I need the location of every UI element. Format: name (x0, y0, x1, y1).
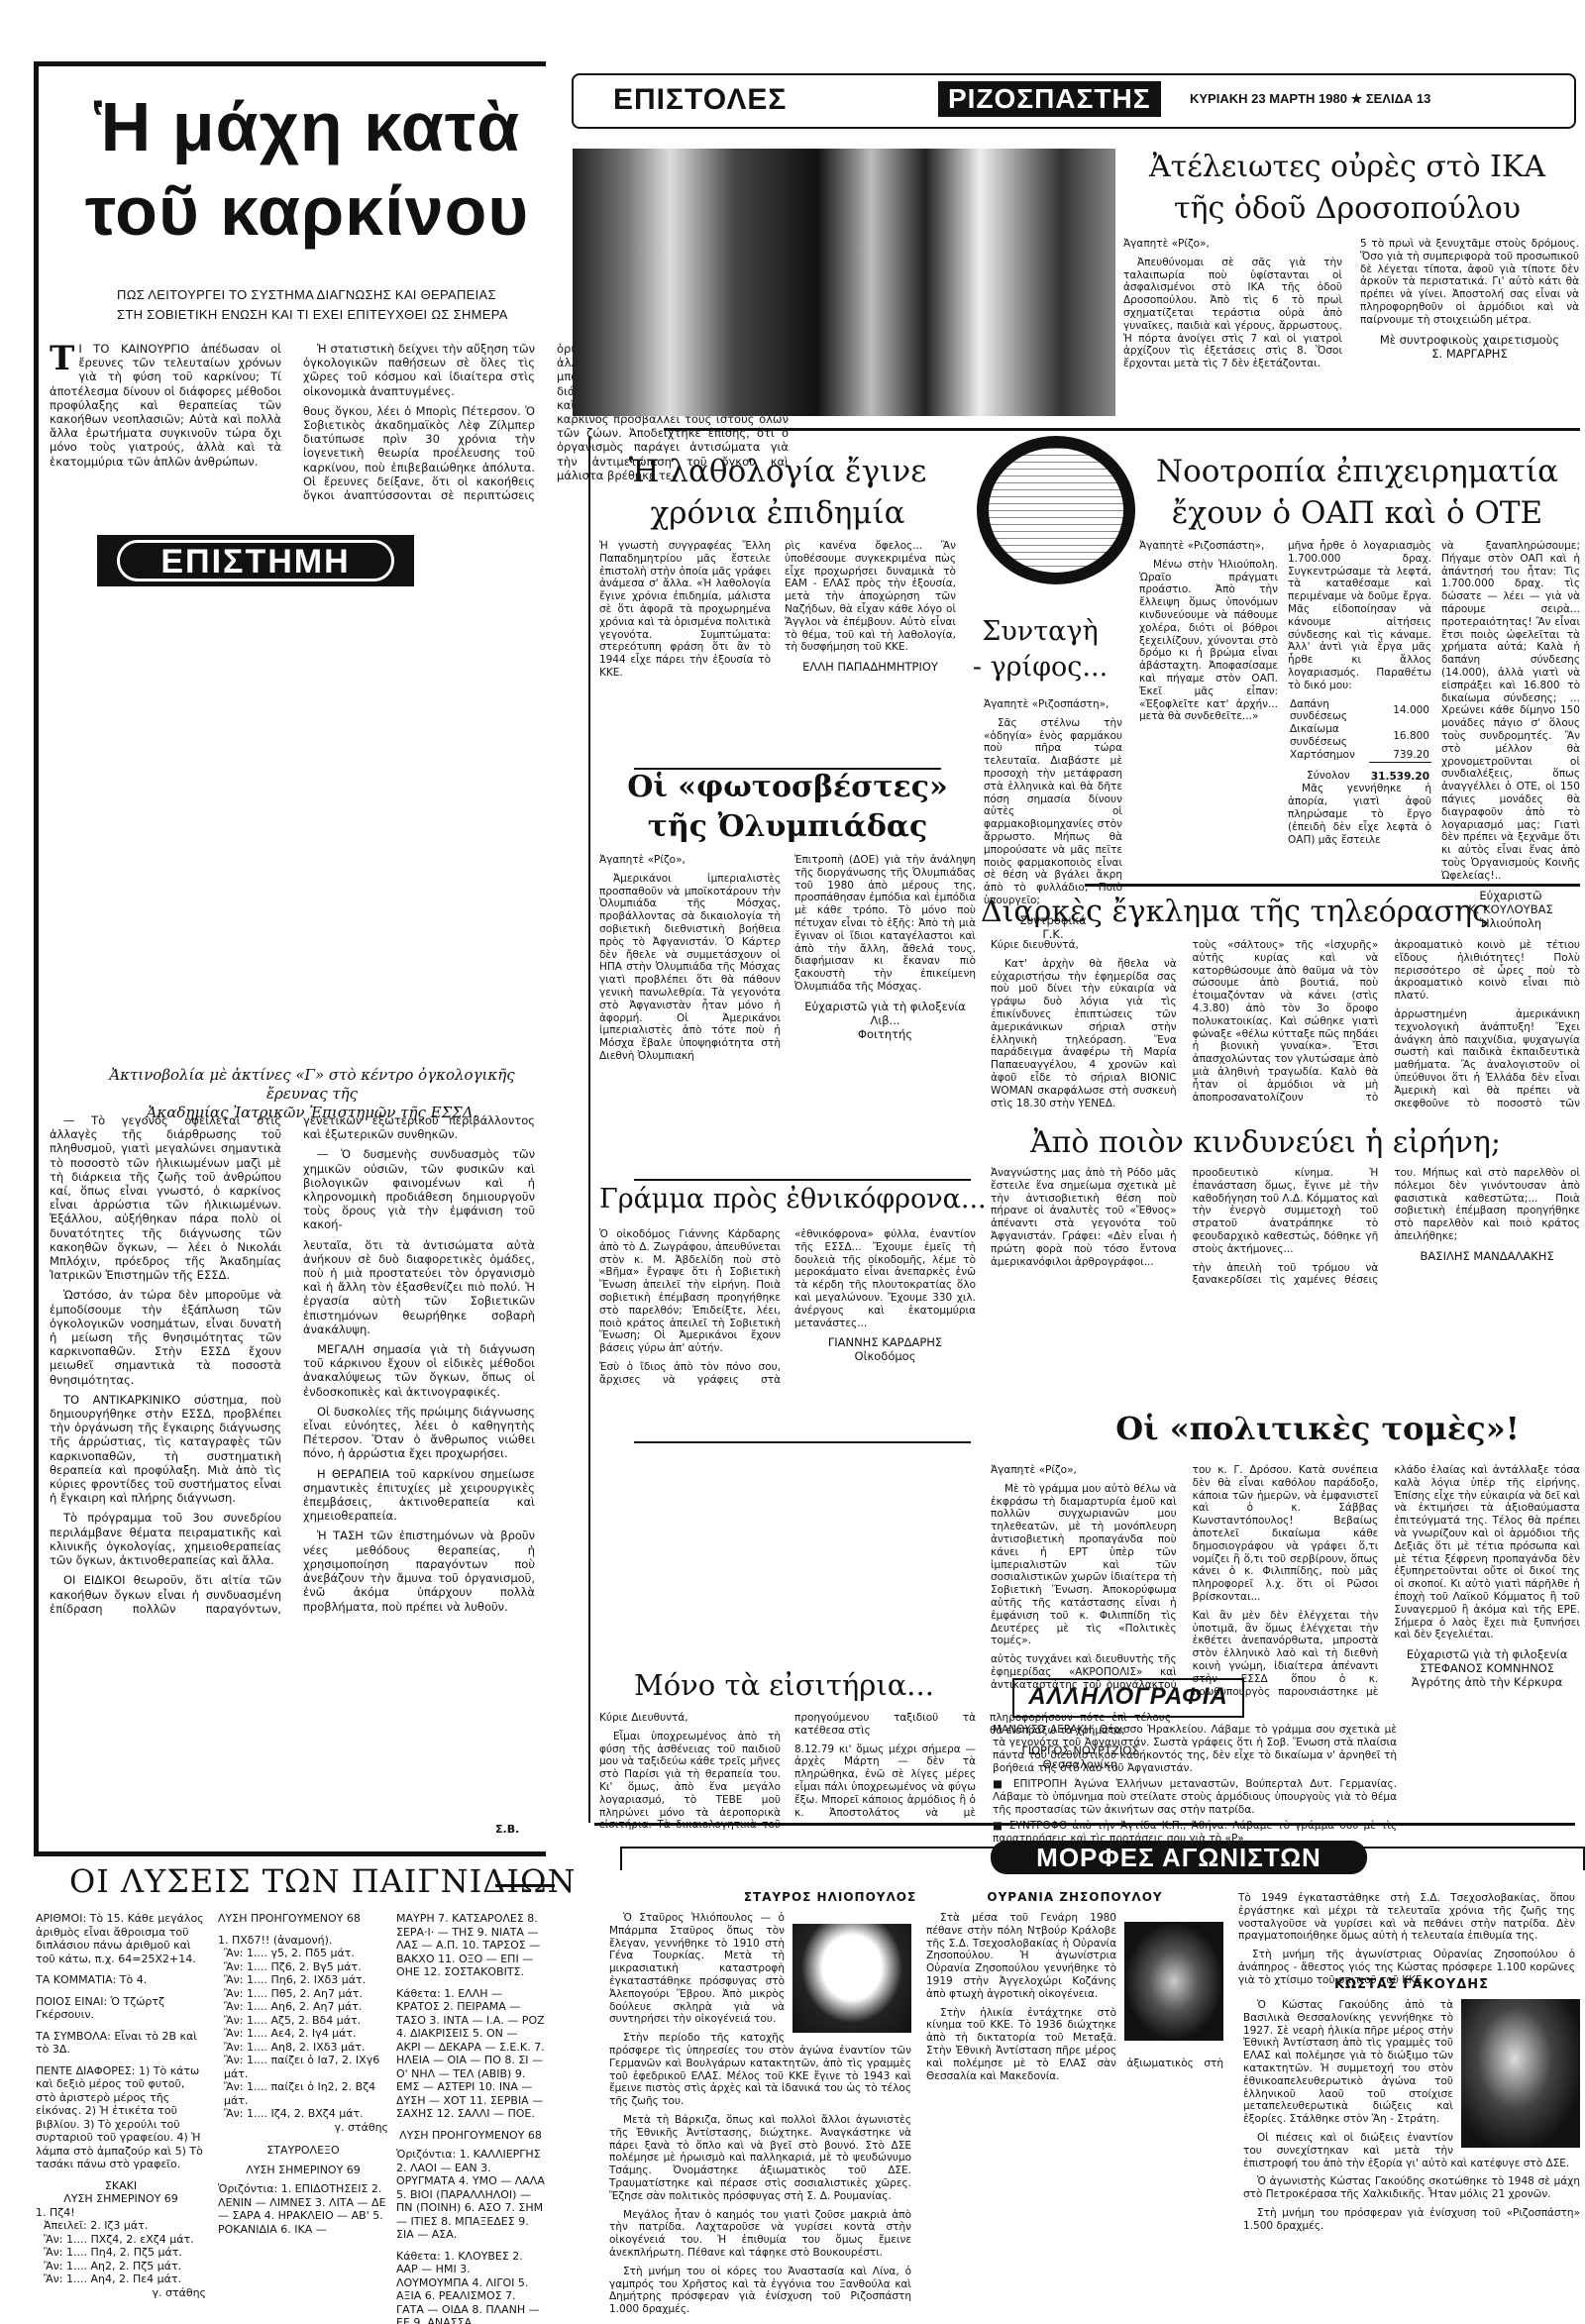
olympics-body: Ἀγαπητὲ «Ρίζο», Ἀμερικάνοι ἰμπεριαλιστὲς… (599, 854, 976, 1163)
political-headline: Οἱ «πολιτικὲς τομὲς»! (1109, 1412, 1526, 1447)
correspondence-item: ■ ΕΠΙΤΡΟΠΗ Ἀγώνα Ἑλλήνων μεταναστῶν, Βού… (993, 1778, 1397, 1817)
prescription-headline: Συνταγὴ - γρίφος... (966, 614, 1114, 686)
cancer-subhead: ΠΩΣ ΛΕΙΤΟΥΡΓΕΙ ΤΟ ΣΥΣΤΗΜΑ ΔΙΑΓΝΩΣΗΣ ΚΑΙ … (117, 285, 513, 325)
nationalist-headline: Γράμμα πρὸς ἐθνικόφρονα... (599, 1184, 996, 1215)
games-col3: ΜΑΥΡΗ 7. ΚΑΤΣΑΡΟΛΕΣ 8. ΣΕΡΑ·Ι· — ΤΗΣ 9. … (396, 1912, 545, 2324)
epidemic-body: Ἡ γνωστὴ συγγραφέας Ἔλλη Παπαδημητρίου μ… (599, 540, 956, 756)
tv-body: Κύριε διευθυντά, Κατ' ἀρχὴν θὰ ἤθελα νὰ … (991, 939, 1580, 1113)
cancer-body: — Τὸ γεγονὸς ὀφείλεται στὶς ἀλλαγὲς τῆς … (50, 1113, 535, 1819)
nationalist-body: Ὁ οἰκοδόμος Γιάννης Κάρδαρης ἀπὸ τὸ Δ. Ζ… (599, 1228, 976, 1436)
oap-cost-table: Δαπάνη συνδέσεως14.000 Δικαίωμα συνδέσεω… (1288, 698, 1431, 784)
games-col2: ΛΥΣΗ ΠΡΟΗΓΟΥΜΕΝΟΥ 68 1. ΠΧδ7!! (ἀναμονή)… (218, 1912, 388, 2236)
oap-col3: νὰ ξαναπληρώσουμε; Πήγαμε στὸν ΟΑΠ καὶ ἡ… (1441, 540, 1580, 930)
cost-row: Δαπάνη συνδέσεως14.000 (1288, 698, 1431, 724)
cost-total-row: Σύνολον31.539.20 (1288, 762, 1431, 783)
masthead: ΕΠΙΣΤΟΛΕΣ ΡΙΖΟΣΠΑΣΤΗΣ ΚΥΡΙΑΚΗ 23 ΜΑΡΤΗ 1… (572, 73, 1576, 129)
ourania-name: ΟΥΡΑΝΙΑ ΖΗΣΟΠΟΥΛΟΥ (926, 1890, 1223, 1904)
games-headline: ΟΙ ΛΥΣΕΙΣ ΤΩΝ ΠΑΙΓΝΙΔΙΩΝ (69, 1862, 545, 1900)
ourania-body: Στὰ μέσα τοῦ Γενάρη 1980 πέθανε στὴν πόλ… (926, 1912, 1223, 2088)
epidemic-headline: Ἡ λαθολογία ἔγινε χρόνια ἐπιδημία (594, 451, 961, 534)
cost-row: Δικαίωμα συνδέσεως16.800 (1288, 723, 1431, 749)
ourania-photo (1124, 1922, 1223, 2041)
peace-body: Ἀναγνώστης μας ἀπὸ τὴ Ρόδο μᾶς ἔστειλε ἕ… (991, 1167, 1580, 1395)
olympics-headline: Οἱ «φωτοσβέστες» τῆς Ὀλυμπιάδας (594, 768, 981, 847)
science-badge: ΕΠΙΣΤΗΜΗ (97, 535, 414, 586)
correspondence-badge: ΑΛΛΗΛΟΓΡΑΦΙΑ (1012, 1678, 1244, 1718)
tickets-body: Κύριε Διευθυντά, Εἶμαι ὑποχρεωμένος ἀπὸ … (599, 1712, 976, 1841)
ika-letter-body: Ἀγαπητὲ «Ρίζο», Ἀπευθύνομαι σὲ σᾶς γιὰ τ… (1123, 238, 1579, 416)
stavros-body: Ὁ Σταῦρος Ἠλιόπουλος — ὁ Μπάρμπα Σταῦρος… (609, 1912, 911, 2322)
section-title: ΕΠΙΣΤΟΛΕΣ (613, 83, 787, 117)
kostas-photo (1461, 1999, 1580, 2148)
tickets-headline: Μόνο τὰ εἰσιτήρια... (634, 1668, 951, 1702)
correspondence-item: ΜΑΝΟΥΣΟ ΑΕΡΑΚΗ, Θέρισσο Ἡρακλείου. Λάβαμ… (993, 1724, 1397, 1775)
correspondence-list: ΜΑΝΟΥΣΟ ΑΕΡΑΚΗ, Θέρισσο Ἡρακλείου. Λάβαμ… (993, 1724, 1397, 1846)
dateline: ΚΥΡΙΑΚΗ 23 ΜΑΡΤΗ 1980 ★ ΣΕΛΙΔΑ 13 (1190, 91, 1430, 107)
oap-col1: Ἀγαπητὲ «Ριζοσπάστη», Μένω στὴν Ἡλιούπολ… (1139, 540, 1278, 729)
peace-headline: Ἀπὸ ποιὸν κινδυνεύει ἡ εἰρήνη; (1030, 1125, 1585, 1160)
kostas-body: Ὁ Κώστας Γακούδης ἀπὸ τὰ Βασιλικὰ Θεσσαλ… (1243, 1999, 1580, 2239)
cost-row: Χαρτόσημον739.20 (1288, 749, 1431, 762)
fighters-banner: ΜΟΡΦΕΣ ΑΓΩΝΙΣΤΩΝ (991, 1841, 1367, 1874)
cancer-headline: Ἡ μάχη κατὰ τοῦ καρκίνου (59, 87, 555, 256)
kostas-name: ΚΩΣΤΑΣ ΓΑΚΟΥΔΗΣ (1248, 1977, 1575, 1992)
prescription-graphic (977, 436, 1135, 584)
games-col1: ΑΡΙΘΜΟΙ: Τὸ 15. Κάθε μεγάλος ἀριθμὸς εἶν… (36, 1912, 206, 2299)
stavros-photo (792, 1924, 911, 2033)
oap-col2: μῆνα ἦρθε ὁ λογαριασμὸς 1.700.000 δραχ. … (1288, 540, 1431, 852)
newspaper-name: ΡΙΖΟΣΠΑΣΤΗΣ (938, 81, 1161, 117)
ika-headline: Ἀτέλειωτες οὐρὲς στὸ ΙΚΑ τῆς ὁδοῦ Δροσοπ… (1119, 147, 1575, 230)
tv-headline: Διαρκὲς ἔγκλημα τῆς τηλεόρασης (981, 895, 1585, 929)
cancer-intro: ΤΙ ΤΟ ΚΑΙΝΟΥΡΓΙΟ ἀπέδωσαν οἱ ἔρευνες τῶν… (50, 342, 535, 512)
cancer-signature: Σ.Β. (495, 1823, 519, 1836)
ika-queue-photo (573, 149, 1115, 416)
oap-headline: Νοοτροπία ἐπιχειρηματία ἔχουν ὁ ΟΑΠ καὶ … (1134, 451, 1580, 534)
